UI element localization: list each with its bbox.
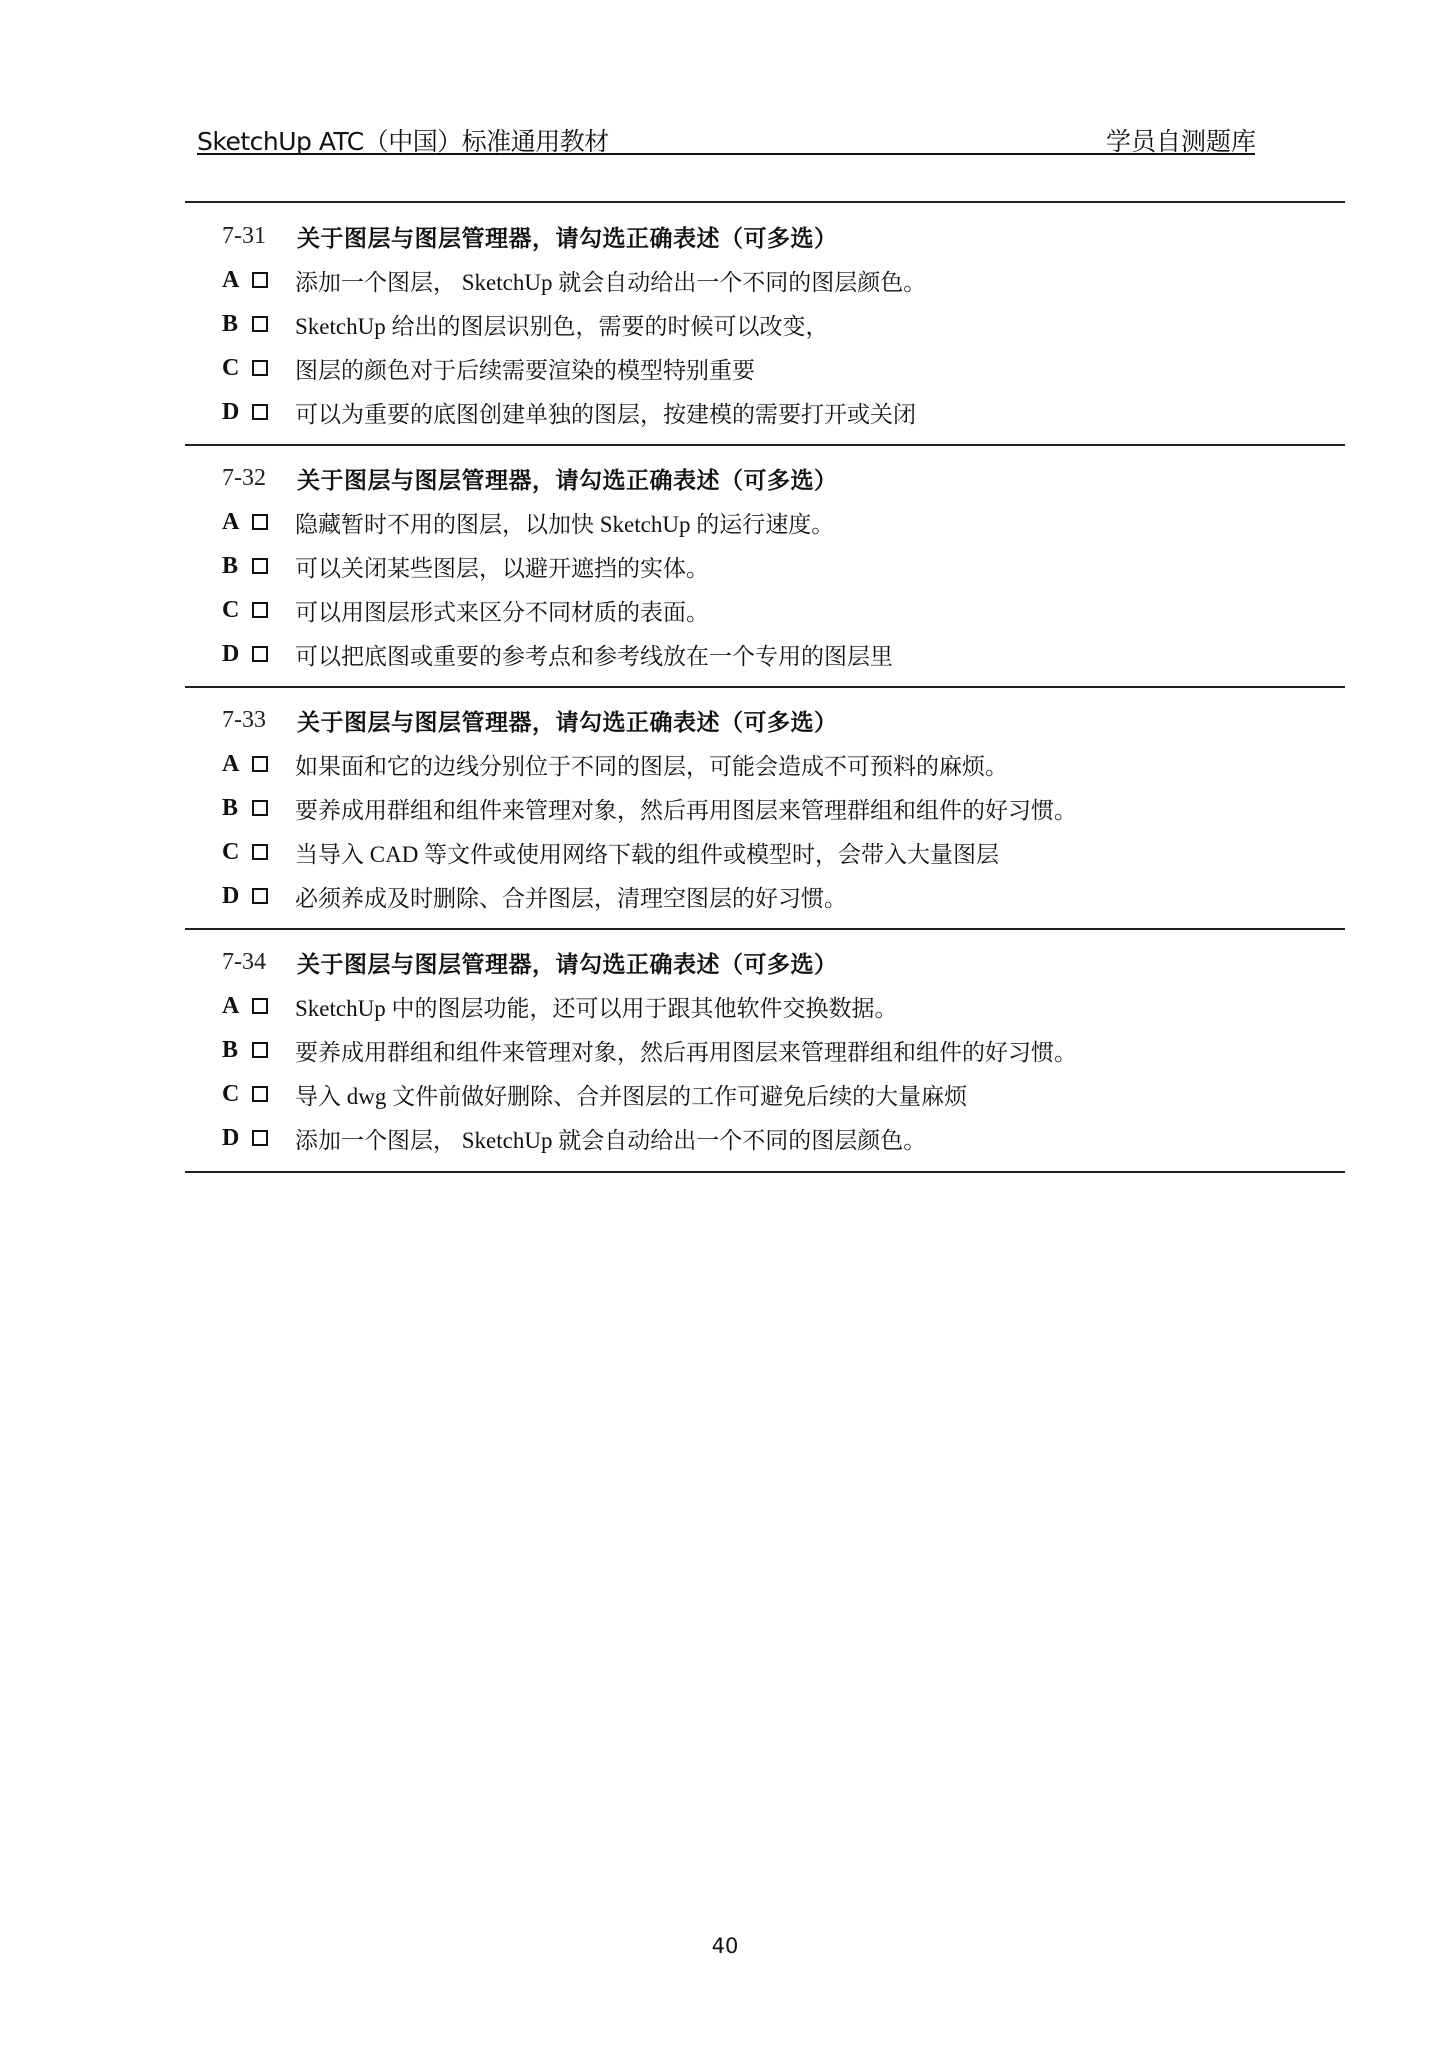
- option-b: B 可以关闭某些图层，以避开遮挡的实体。: [222, 544, 1342, 588]
- question-7-33: 7-33 关于图层与图层管理器，请勾选正确表述（可多选） A 如果面和它的边线分…: [222, 698, 1342, 918]
- question-7-32: 7-32 关于图层与图层管理器，请勾选正确表述（可多选） A 隐藏暂时不用的图层…: [222, 456, 1342, 676]
- option-checkbox[interactable]: [252, 998, 268, 1014]
- question-title-row: 7-34 关于图层与图层管理器，请勾选正确表述（可多选）: [222, 940, 1342, 984]
- question-text: 关于图层与图层管理器，请勾选正确表述（可多选）: [297, 704, 838, 737]
- option-text: 添加一个图层， SketchUp 就会自动给出一个不同的图层颜色。: [295, 1122, 926, 1155]
- option-text: SketchUp 给出的图层识别色，需要的时候可以改变，: [295, 308, 828, 341]
- option-c: C 图层的颜色对于后续需要渲染的模型特别重要: [222, 346, 1342, 390]
- option-a: A SketchUp 中的图层功能，还可以用于跟其他软件交换数据。: [222, 984, 1342, 1028]
- option-text: 可以关闭某些图层，以避开遮挡的实体。: [295, 550, 709, 583]
- option-letter: D: [222, 641, 252, 668]
- question-title-row: 7-31 关于图层与图层管理器，请勾选正确表述（可多选）: [222, 214, 1342, 258]
- divider: [185, 928, 1345, 930]
- option-d: D 可以把底图或重要的参考点和参考线放在一个专用的图层里: [222, 632, 1342, 676]
- option-checkbox[interactable]: [252, 404, 268, 420]
- option-letter: D: [222, 1125, 252, 1152]
- option-a: A 添加一个图层， SketchUp 就会自动给出一个不同的图层颜色。: [222, 258, 1342, 302]
- question-text: 关于图层与图层管理器，请勾选正确表述（可多选）: [297, 946, 838, 979]
- option-text: 图层的颜色对于后续需要渲染的模型特别重要: [295, 352, 755, 385]
- option-checkbox[interactable]: [252, 646, 268, 662]
- option-letter: C: [222, 839, 252, 866]
- option-text: 当导入 CAD 等文件或使用网络下载的组件或模型时，会带入大量图层: [295, 836, 999, 869]
- option-text: 添加一个图层， SketchUp 就会自动给出一个不同的图层颜色。: [295, 264, 926, 297]
- option-letter: C: [222, 1081, 252, 1108]
- option-checkbox[interactable]: [252, 888, 268, 904]
- option-text: 可以用图层形式来区分不同材质的表面。: [295, 594, 709, 627]
- option-checkbox[interactable]: [252, 1042, 268, 1058]
- option-checkbox[interactable]: [252, 360, 268, 376]
- option-letter: B: [222, 311, 252, 338]
- option-checkbox[interactable]: [252, 844, 268, 860]
- option-checkbox[interactable]: [252, 1086, 268, 1102]
- question-number: 7-31: [222, 223, 297, 250]
- option-c: C 可以用图层形式来区分不同材质的表面。: [222, 588, 1342, 632]
- option-text: 要养成用群组和组件来管理对象，然后再用图层来管理群组和组件的好习惯。: [295, 792, 1077, 825]
- option-b: B SketchUp 给出的图层识别色，需要的时候可以改变，: [222, 302, 1342, 346]
- divider: [185, 444, 1345, 446]
- option-c: C 导入 dwg 文件前做好删除、合并图层的工作可避免后续的大量麻烦: [222, 1072, 1342, 1116]
- question-7-31: 7-31 关于图层与图层管理器，请勾选正确表述（可多选） A 添加一个图层， S…: [222, 214, 1342, 434]
- question-number: 7-34: [222, 949, 297, 976]
- option-checkbox[interactable]: [252, 272, 268, 288]
- question-text: 关于图层与图层管理器，请勾选正确表述（可多选）: [297, 462, 838, 495]
- option-letter: D: [222, 399, 252, 426]
- divider: [185, 1171, 1345, 1173]
- question-7-34: 7-34 关于图层与图层管理器，请勾选正确表述（可多选） A SketchUp …: [222, 940, 1342, 1160]
- question-title-row: 7-33 关于图层与图层管理器，请勾选正确表述（可多选）: [222, 698, 1342, 742]
- option-letter: C: [222, 355, 252, 382]
- option-checkbox[interactable]: [252, 558, 268, 574]
- option-text: 必须养成及时删除、合并图层，清理空图层的好习惯。: [295, 880, 847, 913]
- page-number: 40: [0, 1934, 1450, 1958]
- divider: [185, 686, 1345, 688]
- option-letter: B: [222, 795, 252, 822]
- option-letter: B: [222, 553, 252, 580]
- option-letter: A: [222, 751, 252, 778]
- option-checkbox[interactable]: [252, 800, 268, 816]
- option-letter: A: [222, 993, 252, 1020]
- option-text: 导入 dwg 文件前做好删除、合并图层的工作可避免后续的大量麻烦: [295, 1078, 967, 1111]
- question-text: 关于图层与图层管理器，请勾选正确表述（可多选）: [297, 220, 838, 253]
- option-a: A 隐藏暂时不用的图层，以加快 SketchUp 的运行速度。: [222, 500, 1342, 544]
- option-text: 可以把底图或重要的参考点和参考线放在一个专用的图层里: [295, 638, 893, 671]
- option-d: D 必须养成及时删除、合并图层，清理空图层的好习惯。: [222, 874, 1342, 918]
- header-underline: [197, 153, 1255, 155]
- question-number: 7-32: [222, 465, 297, 492]
- option-c: C 当导入 CAD 等文件或使用网络下载的组件或模型时，会带入大量图层: [222, 830, 1342, 874]
- option-d: D 可以为重要的底图创建单独的图层，按建模的需要打开或关闭: [222, 390, 1342, 434]
- option-text: 要养成用群组和组件来管理对象，然后再用图层来管理群组和组件的好习惯。: [295, 1034, 1077, 1067]
- option-letter: A: [222, 509, 252, 536]
- option-d: D 添加一个图层， SketchUp 就会自动给出一个不同的图层颜色。: [222, 1116, 1342, 1160]
- option-letter: D: [222, 883, 252, 910]
- option-checkbox[interactable]: [252, 756, 268, 772]
- option-text: 隐藏暂时不用的图层，以加快 SketchUp 的运行速度。: [295, 506, 834, 539]
- question-number: 7-33: [222, 707, 297, 734]
- option-text: 如果面和它的边线分别位于不同的图层，可能会造成不可预料的麻烦。: [295, 748, 1008, 781]
- option-text: 可以为重要的底图创建单独的图层，按建模的需要打开或关闭: [295, 396, 916, 429]
- option-text: SketchUp 中的图层功能，还可以用于跟其他软件交换数据。: [295, 990, 897, 1023]
- option-a: A 如果面和它的边线分别位于不同的图层，可能会造成不可预料的麻烦。: [222, 742, 1342, 786]
- option-checkbox[interactable]: [252, 316, 268, 332]
- option-checkbox[interactable]: [252, 602, 268, 618]
- option-checkbox[interactable]: [252, 1130, 268, 1146]
- option-b: B 要养成用群组和组件来管理对象，然后再用图层来管理群组和组件的好习惯。: [222, 1028, 1342, 1072]
- option-letter: B: [222, 1037, 252, 1064]
- option-letter: A: [222, 267, 252, 294]
- option-letter: C: [222, 597, 252, 624]
- divider: [185, 201, 1345, 203]
- option-b: B 要养成用群组和组件来管理对象，然后再用图层来管理群组和组件的好习惯。: [222, 786, 1342, 830]
- option-checkbox[interactable]: [252, 514, 268, 530]
- question-title-row: 7-32 关于图层与图层管理器，请勾选正确表述（可多选）: [222, 456, 1342, 500]
